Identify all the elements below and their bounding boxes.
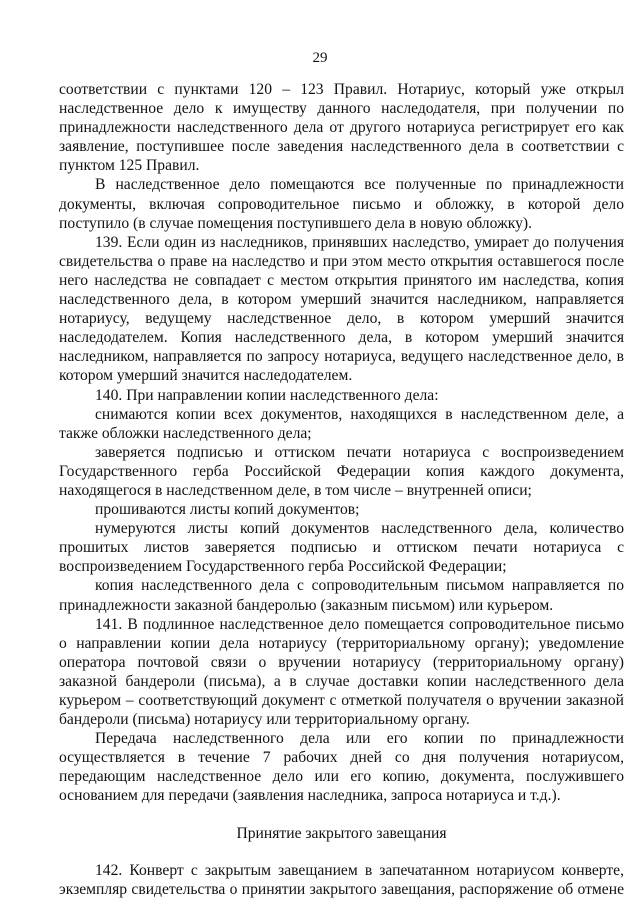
list-item: копия наследственного дела с сопроводите… — [59, 576, 624, 614]
paragraph-141: 141. В подлинное наследственное дело пом… — [59, 615, 624, 730]
text-line: основанием для передачи (заявления насле… — [59, 786, 624, 805]
text-line: передающим наследственное дело или его к… — [59, 767, 624, 786]
text-line: наследственного дела, в котором умерший … — [59, 290, 624, 309]
text-line: находящегося в наследственном деле, в то… — [59, 481, 624, 500]
list-item: заверяется подписью и оттиском печати но… — [59, 443, 624, 500]
text-line: В наследственное дело помещаются все пол… — [59, 175, 624, 194]
page-number: 29 — [0, 50, 640, 67]
section-heading: Принятие закрытого завещания — [59, 824, 624, 843]
text-line: воспроизведением Государственного герба … — [59, 557, 624, 576]
list-item: снимаются копии всех документов, находящ… — [59, 405, 624, 443]
text-line: прошиваются листы копий документов; — [59, 500, 624, 519]
text-line: 141. В подлинное наследственное дело пом… — [59, 615, 624, 634]
text-line: наследником, направляется по запросу нот… — [59, 347, 624, 366]
text-line: Передача наследственного дела или его ко… — [59, 729, 624, 748]
text-line: свидетельства о праве на наследство и пр… — [59, 252, 624, 271]
text-line: прошитых листов заверяется подписью и от… — [59, 538, 624, 557]
paragraph: Передача наследственного дела или его ко… — [59, 729, 624, 805]
text-line: 139. Если один из наследников, принявших… — [59, 233, 624, 252]
paragraph: В наследственное дело помещаются все пол… — [59, 175, 624, 232]
text-line: оператора почтовой связи о вручении нота… — [59, 653, 624, 672]
text-line: наследодателем. Копия наследственного де… — [59, 328, 624, 347]
text-line: 140. При направлении копии наследственно… — [59, 386, 624, 405]
paragraph-140: 140. При направлении копии наследственно… — [59, 386, 624, 405]
document-page: 29 соответствии с пунктами 120 – 123 Пра… — [0, 0, 640, 905]
text-line: также обложки наследственного дела; — [59, 424, 624, 443]
text-line: принадлежности заказной бандеролью (зака… — [59, 596, 624, 615]
text-line: копия наследственного дела с сопроводите… — [59, 576, 624, 595]
text-line: заверяется подписью и оттиском печати но… — [59, 443, 624, 462]
paragraph: соответствии с пунктами 120 – 123 Правил… — [59, 80, 624, 175]
text-line: нотариусу, ведущему наследственное дело,… — [59, 309, 624, 328]
list-item: прошиваются листы копий документов; — [59, 500, 624, 519]
text-line: бандероли (письма) нотариусу или террито… — [59, 710, 624, 729]
text-line: пунктом 125 Правил. — [59, 156, 624, 175]
text-line: котором умерший значится наследодателем. — [59, 366, 624, 385]
paragraph-142: 142. Конверт с закрытым завещанием в зап… — [59, 861, 624, 899]
text-line: нумеруются листы копий документов наслед… — [59, 519, 624, 538]
list-item: нумеруются листы копий документов наслед… — [59, 519, 624, 576]
text-line: заявление, поступившее после заведения н… — [59, 137, 624, 156]
document-body: соответствии с пунктами 120 – 123 Правил… — [59, 80, 624, 899]
text-line: документы, включая сопроводительное пись… — [59, 195, 624, 214]
text-line: него наследства не совпадает с местом от… — [59, 271, 624, 290]
text-line: соответствии с пунктами 120 – 123 Правил… — [59, 80, 624, 99]
text-line: экземпляр свидетельства о принятии закры… — [59, 880, 624, 899]
text-line: осуществляется в течение 7 рабочих дней … — [59, 748, 624, 767]
text-line: поступило (в случае помещения поступивше… — [59, 214, 624, 233]
text-line: о направлении копии дела нотариусу (терр… — [59, 634, 624, 653]
text-line: Государственного герба Российской Федера… — [59, 462, 624, 481]
text-line: принадлежности наследственного дела от д… — [59, 118, 624, 137]
text-line: наследственное дело к имуществу данного … — [59, 99, 624, 118]
paragraph-139: 139. Если один из наследников, принявших… — [59, 233, 624, 386]
text-line: снимаются копии всех документов, находящ… — [59, 405, 624, 424]
text-line: курьером – соответствующий документ с от… — [59, 691, 624, 710]
text-line: 142. Конверт с закрытым завещанием в зап… — [59, 861, 624, 880]
text-line: заказной бандероли (письма), а в случае … — [59, 672, 624, 691]
